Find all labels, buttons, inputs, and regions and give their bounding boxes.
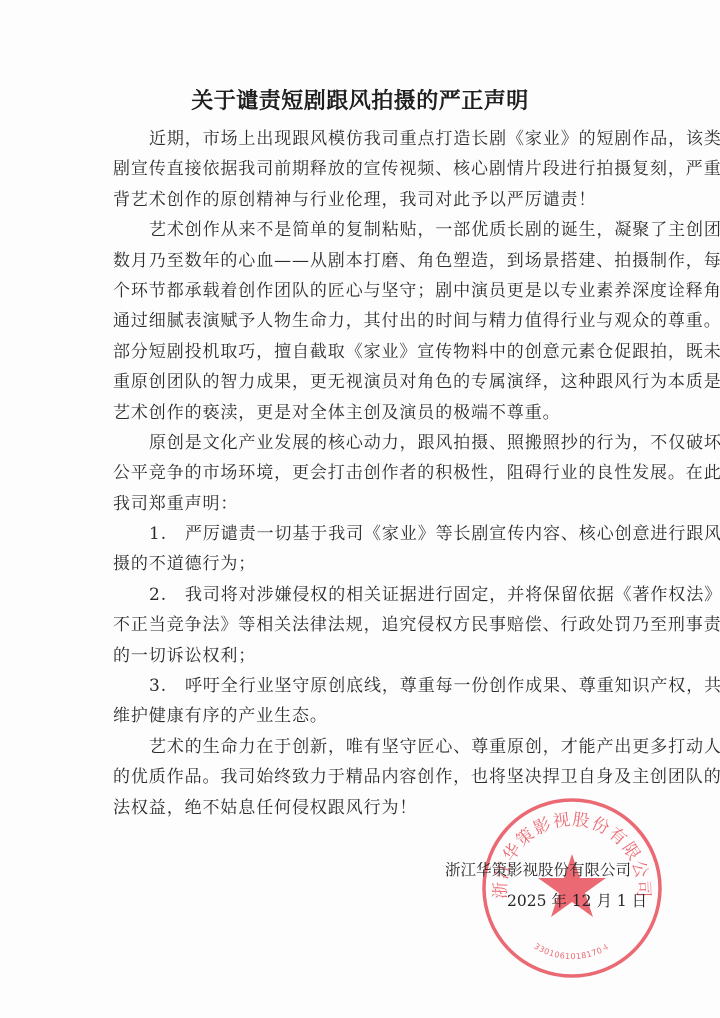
text-line: 通过细腻表演赋予人物生命力，其付出的时间与精力值得行业与观众的尊重。而 <box>113 306 619 336</box>
text-line: 摄的不道德行为； <box>113 549 619 579</box>
list-item-number: 1. <box>149 519 185 549</box>
text-line: 不正当竞争法》等相关法律法规，追究侵权方民事赔偿、行政处罚乃至刑事责任 <box>113 610 619 640</box>
company-signature: 浙江华策影视股份有限公司 <box>445 858 631 880</box>
text-line: 我司郑重声明： <box>113 489 619 519</box>
text-line: 艺术创作的亵渎，更是对全体主创及演员的极端不尊重。 <box>113 398 619 428</box>
list-item-first-line: 2.我司将对涉嫌侵权的相关证据进行固定，并将保留依据《著作权法》《反 <box>113 580 619 610</box>
text-line: 严厉谴责一切基于我司《家业》等长剧宣传内容、核心创意进行跟风拍 <box>185 524 720 544</box>
document-title: 关于谴责短剧跟风拍摄的严正声明 <box>0 84 720 115</box>
text-line: 重原创团队的智力成果，更无视演员对角色的专属演绎，这种跟风行为本质是对 <box>113 367 619 397</box>
text-line: 部分短剧投机取巧，擅自截取《家业》宣传物料中的创意元素仓促跟拍，既未尊 <box>113 337 619 367</box>
text-line: 的优质作品。我司始终致力于精品内容创作，也将坚决捍卫自身及主创团队的合 <box>113 762 619 792</box>
list-item: 3.呼吁全行业坚守原创底线，尊重每一份创作成果、尊重知识产权，共同 维护健康有序… <box>113 671 619 732</box>
company-seal: 浙江华策影视股份有限公司 3301061018170４ <box>480 796 664 980</box>
text-line: 个环节都承载着创作团队的匠心与坚守；剧中演员更是以专业素养深度诠释角色， <box>113 276 619 306</box>
text-line: 公平竞争的市场环境，更会打击创作者的积极性，阻碍行业的良性发展。在此， <box>113 458 619 488</box>
list-item: 2.我司将对涉嫌侵权的相关证据进行固定，并将保留依据《著作权法》《反 不正当竞争… <box>113 580 619 671</box>
paragraph: 原创是文化产业发展的核心动力，跟风拍摄、照搬照抄的行为，不仅破坏了 公平竞争的市… <box>113 428 619 519</box>
text-line: 剧宣传直接依据我司前期释放的宣传视频、核心剧情片段进行拍摄复刻，严重违 <box>113 154 619 184</box>
text-line: 我司将对涉嫌侵权的相关证据进行固定，并将保留依据《著作权法》《反 <box>185 585 720 605</box>
seal-code: 3301061018170４ <box>532 942 611 962</box>
text-line: 原创是文化产业发展的核心动力，跟风拍摄、照搬照抄的行为，不仅破坏了 <box>113 428 619 458</box>
text-line: 艺术的生命力在于创新，唯有坚守匠心、尊重原创，才能产出更多打动人心 <box>113 732 619 762</box>
text-line: 的一切诉讼权利； <box>113 641 619 671</box>
text-line: 维护健康有序的产业生态。 <box>113 701 619 731</box>
text-line: 数月乃至数年的心血——从剧本打磨、角色塑造，到场景搭建、拍摄制作，每一 <box>113 246 619 276</box>
list-item-first-line: 1.严厉谴责一切基于我司《家业》等长剧宣传内容、核心创意进行跟风拍 <box>113 519 619 549</box>
list-item-number: 2. <box>149 580 185 610</box>
statement-page: 关于谴责短剧跟风拍摄的严正声明 近期，市场上出现跟风模仿我司重点打造长剧《家业》… <box>0 0 720 1018</box>
text-line: 背艺术创作的原创精神与行业伦理，我司对此予以严厉谴责！ <box>113 185 619 215</box>
signature-date: 2025 年 12 月 1 日 <box>507 889 647 911</box>
paragraph: 艺术创作从来不是简单的复制粘贴，一部优质长剧的诞生，凝聚了主创团队 数月乃至数年… <box>113 215 619 428</box>
paragraph: 近期，市场上出现跟风模仿我司重点打造长剧《家业》的短剧作品，该类短 剧宣传直接依… <box>113 124 619 215</box>
document-body: 近期，市场上出现跟风模仿我司重点打造长剧《家业》的短剧作品，该类短 剧宣传直接依… <box>113 124 619 823</box>
list-item: 1.严厉谴责一切基于我司《家业》等长剧宣传内容、核心创意进行跟风拍 摄的不道德行… <box>113 519 619 580</box>
list-item-number: 3. <box>149 671 185 701</box>
text-line: 近期，市场上出现跟风模仿我司重点打造长剧《家业》的短剧作品，该类短 <box>113 124 619 154</box>
list-item-first-line: 3.呼吁全行业坚守原创底线，尊重每一份创作成果、尊重知识产权，共同 <box>113 671 619 701</box>
text-line: 艺术创作从来不是简单的复制粘贴，一部优质长剧的诞生，凝聚了主创团队 <box>113 215 619 245</box>
text-line: 呼吁全行业坚守原创底线，尊重每一份创作成果、尊重知识产权，共同 <box>185 676 720 696</box>
